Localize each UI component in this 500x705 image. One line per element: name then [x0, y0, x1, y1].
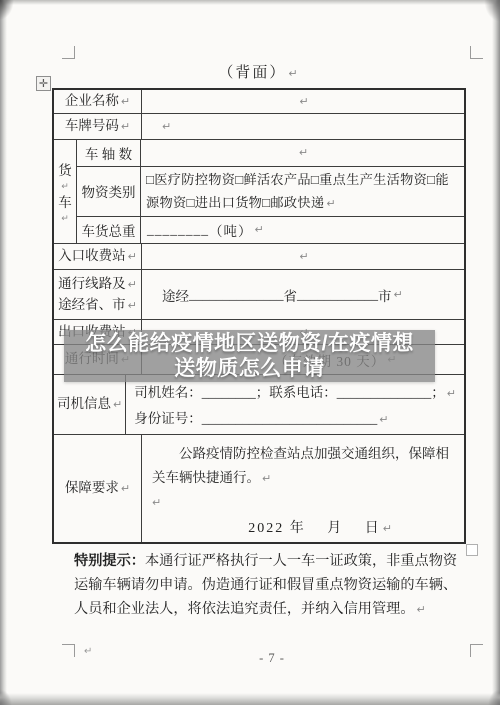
paragraph-mark-icon: ↵: [162, 120, 171, 133]
paragraph-mark-icon: ↵: [152, 496, 161, 509]
gross-weight-blank: ________: [147, 222, 209, 238]
table-row-plate: 车牌号码↵ ↵: [54, 114, 464, 140]
company-name-label: 企业名称: [65, 93, 119, 108]
axle-count-field: ↵: [141, 140, 464, 166]
crop-mark-top-right: [470, 46, 483, 59]
special-notice-title: 特别提示：: [74, 553, 145, 569]
overlay-title-line2: 送物质怎么申请: [174, 356, 325, 381]
guarantee-label: 保障要求: [65, 480, 119, 495]
signature-date-line: 2022 年 月 日: [248, 521, 381, 536]
entry-station-field: ↵: [142, 244, 464, 269]
crop-mark-top-left: [62, 46, 75, 59]
paragraph-mark-icon: ↵: [121, 120, 130, 133]
special-notice-line1: 本通行证严格执行一人一车一证政策，非重点物资: [145, 553, 457, 569]
company-name-field: ↵: [142, 90, 464, 113]
page-number: - 7 -: [172, 651, 372, 666]
table-row-truck-group: 货↵ 车↵ 车 轴 数 ↵ 物资类别 □医疗防控物资□鲜活农产品□重点生产生活物…: [54, 140, 464, 244]
truck-group-label: 货↵ 车↵: [54, 140, 77, 243]
driver-line1-semicolon: ；: [431, 385, 445, 400]
driver-name-label: 司机姓名：: [134, 385, 202, 400]
scan-smudge: [488, 689, 500, 705]
plate-number-label: 车牌号码: [65, 118, 119, 133]
paragraph-mark-icon: ↵: [299, 146, 308, 159]
route-blank-city: ____________: [297, 287, 378, 303]
paragraph-mark-icon: ↵: [394, 288, 403, 301]
table-row-route: 通行线路及↵ 途经省、市↵ 途经 ______________ 省 ______…: [54, 270, 464, 320]
driver-id-blank: __________________________: [202, 411, 378, 426]
paragraph-mark-icon: ↵: [128, 250, 137, 263]
table-row-entry-station: 入口收费站↵ ↵: [54, 244, 464, 270]
paragraph-mark-icon: ↵: [326, 197, 336, 210]
supply-category-checkbox-list: □医疗防控物资□鲜活农产品□重点生产生活物资□能源物资□进出口货物□邮政快递: [146, 172, 449, 210]
axle-count-label: 车 轴 数: [85, 143, 132, 163]
driver-phone-label: ；联系电话：: [256, 385, 337, 400]
table-move-handle-icon[interactable]: ✛: [36, 76, 51, 91]
gross-weight-label: 车货总重: [82, 220, 136, 240]
paragraph-mark-icon: ↵: [299, 95, 308, 108]
table-row-supply-category: 物资类别 □医疗防控物资□鲜活农产品□重点生产生活物资□能源物资□进出口货物□邮…: [77, 167, 464, 217]
gross-weight-unit: （吨）: [209, 220, 253, 240]
paragraph-mark-icon: ↵: [113, 398, 122, 411]
overlay-title-line1: 怎么能给疫情地区送物资/在疫情想: [85, 331, 414, 356]
paragraph-mark-icon: ↵: [61, 182, 69, 192]
page-edge-shadow-left: [0, 0, 7, 705]
guarantee-field: 公路疫情防控检查站点加强交通组织，保障相关车辆快捷通行。↵ ↵ 2022 年 月…: [142, 435, 464, 542]
paragraph-mark-icon: ↵: [121, 482, 130, 495]
route-province-label: 省: [284, 285, 298, 305]
paragraph-mark-icon: ↵: [383, 522, 394, 535]
paragraph-mark-icon: ↵: [417, 603, 426, 616]
route-blank-province: ______________: [189, 287, 284, 303]
table-row-company: 企业名称↵ ↵: [54, 90, 464, 114]
table-row-axles: 车 轴 数 ↵: [77, 140, 464, 167]
table-row-guarantee: 保障要求↵ 公路疫情防控检查站点加强交通组织，保障相关车辆快捷通行。↵ ↵ 20…: [54, 435, 464, 542]
truck-char-1: 货: [58, 160, 72, 182]
route-label-line2: 途经省、市: [58, 297, 126, 312]
supply-category-options: □医疗防控物资□鲜活农产品□重点生产生活物资□能源物资□进出口货物□邮政快递↵: [141, 167, 464, 216]
paragraph-mark-icon: ↵: [128, 278, 137, 291]
page-edge-shadow-bottom: [0, 693, 500, 705]
paragraph-mark-icon: ↵: [299, 250, 308, 263]
paragraph-mark-icon: ↵: [447, 387, 456, 400]
crop-mark-bottom-right: [470, 644, 483, 657]
route-field: 途经 ______________ 省 ____________ 市 ↵: [142, 270, 464, 319]
paragraph-mark-icon: ↵: [84, 646, 92, 657]
paragraph-mark-icon: ↵: [288, 67, 299, 80]
driver-info-label: 司机信息: [57, 396, 111, 411]
driver-name-blank: ________: [202, 385, 256, 400]
paragraph-mark-icon: ↵: [128, 299, 137, 312]
plate-number-field: ↵: [142, 114, 464, 139]
back-side-label: （背面）: [218, 65, 286, 81]
supply-category-label: 物资类别: [82, 181, 136, 201]
driver-info-field: 司机姓名：________；联系电话：______________；↵ 身份证号…: [126, 375, 464, 434]
gross-weight-field: ________ （吨） ↵: [141, 217, 464, 243]
special-notice-line3: 人员和企业法人，将依法追究责任，并纳入信用管理。: [74, 601, 415, 617]
paragraph-mark-icon: ↵: [262, 472, 271, 485]
driver-phone-blank: ______________: [337, 385, 432, 400]
special-notice-paragraph: 特别提示：本通行证严格执行一人一车一证政策，非重点物资 运输车辆请勿申请。伪造通…: [74, 549, 466, 622]
article-title-overlay: 怎么能给疫情地区送物资/在疫情想 送物质怎么申请: [64, 330, 435, 382]
truck-char-2: 车: [58, 192, 72, 214]
driver-id-label: 身份证号：: [134, 411, 202, 426]
page-edge-shadow-right: [492, 0, 500, 705]
paragraph-mark-icon: ↵: [379, 413, 388, 426]
paragraph-mark-icon: ↵: [61, 214, 69, 224]
paragraph-mark-icon: ↵: [255, 223, 265, 236]
page-title: （背面）↵: [52, 61, 466, 82]
table-resize-handle[interactable]: [466, 544, 478, 556]
route-city-label: 市: [378, 285, 392, 305]
paragraph-mark-icon: ↵: [121, 95, 130, 108]
scan-smudge: [484, 0, 500, 22]
route-prefix: 途经: [162, 285, 189, 305]
special-notice-line2: 运输车辆请勿申请。伪造通行证和假冒重点物资运输的车辆、: [74, 577, 457, 593]
entry-station-label: 入口收费站: [58, 248, 126, 263]
guarantee-text: 公路疫情防控检查站点加强交通组织，保障相关车辆快捷通行。: [152, 446, 449, 485]
table-row-gross-weight: 车货总重 ________ （吨） ↵: [77, 217, 464, 243]
route-label-line1: 通行线路及: [58, 276, 126, 291]
scanned-document-page: ✛ （背面）↵ 企业名称↵ ↵ 车牌号码↵ ↵ 货↵ 车↵ 车 轴 数 ↵ 物: [0, 0, 500, 705]
scan-smudge: [0, 689, 12, 705]
table-row-driver-info: 司机信息↵ 司机姓名：________；联系电话：______________；…: [54, 375, 464, 435]
page-edge-shadow-top: [0, 0, 500, 5]
pass-form-table: 企业名称↵ ↵ 车牌号码↵ ↵ 货↵ 车↵ 车 轴 数 ↵ 物资类别 □医疗防控…: [52, 88, 466, 544]
scan-smudge: [0, 0, 14, 20]
crop-mark-bottom-left: [62, 644, 75, 657]
